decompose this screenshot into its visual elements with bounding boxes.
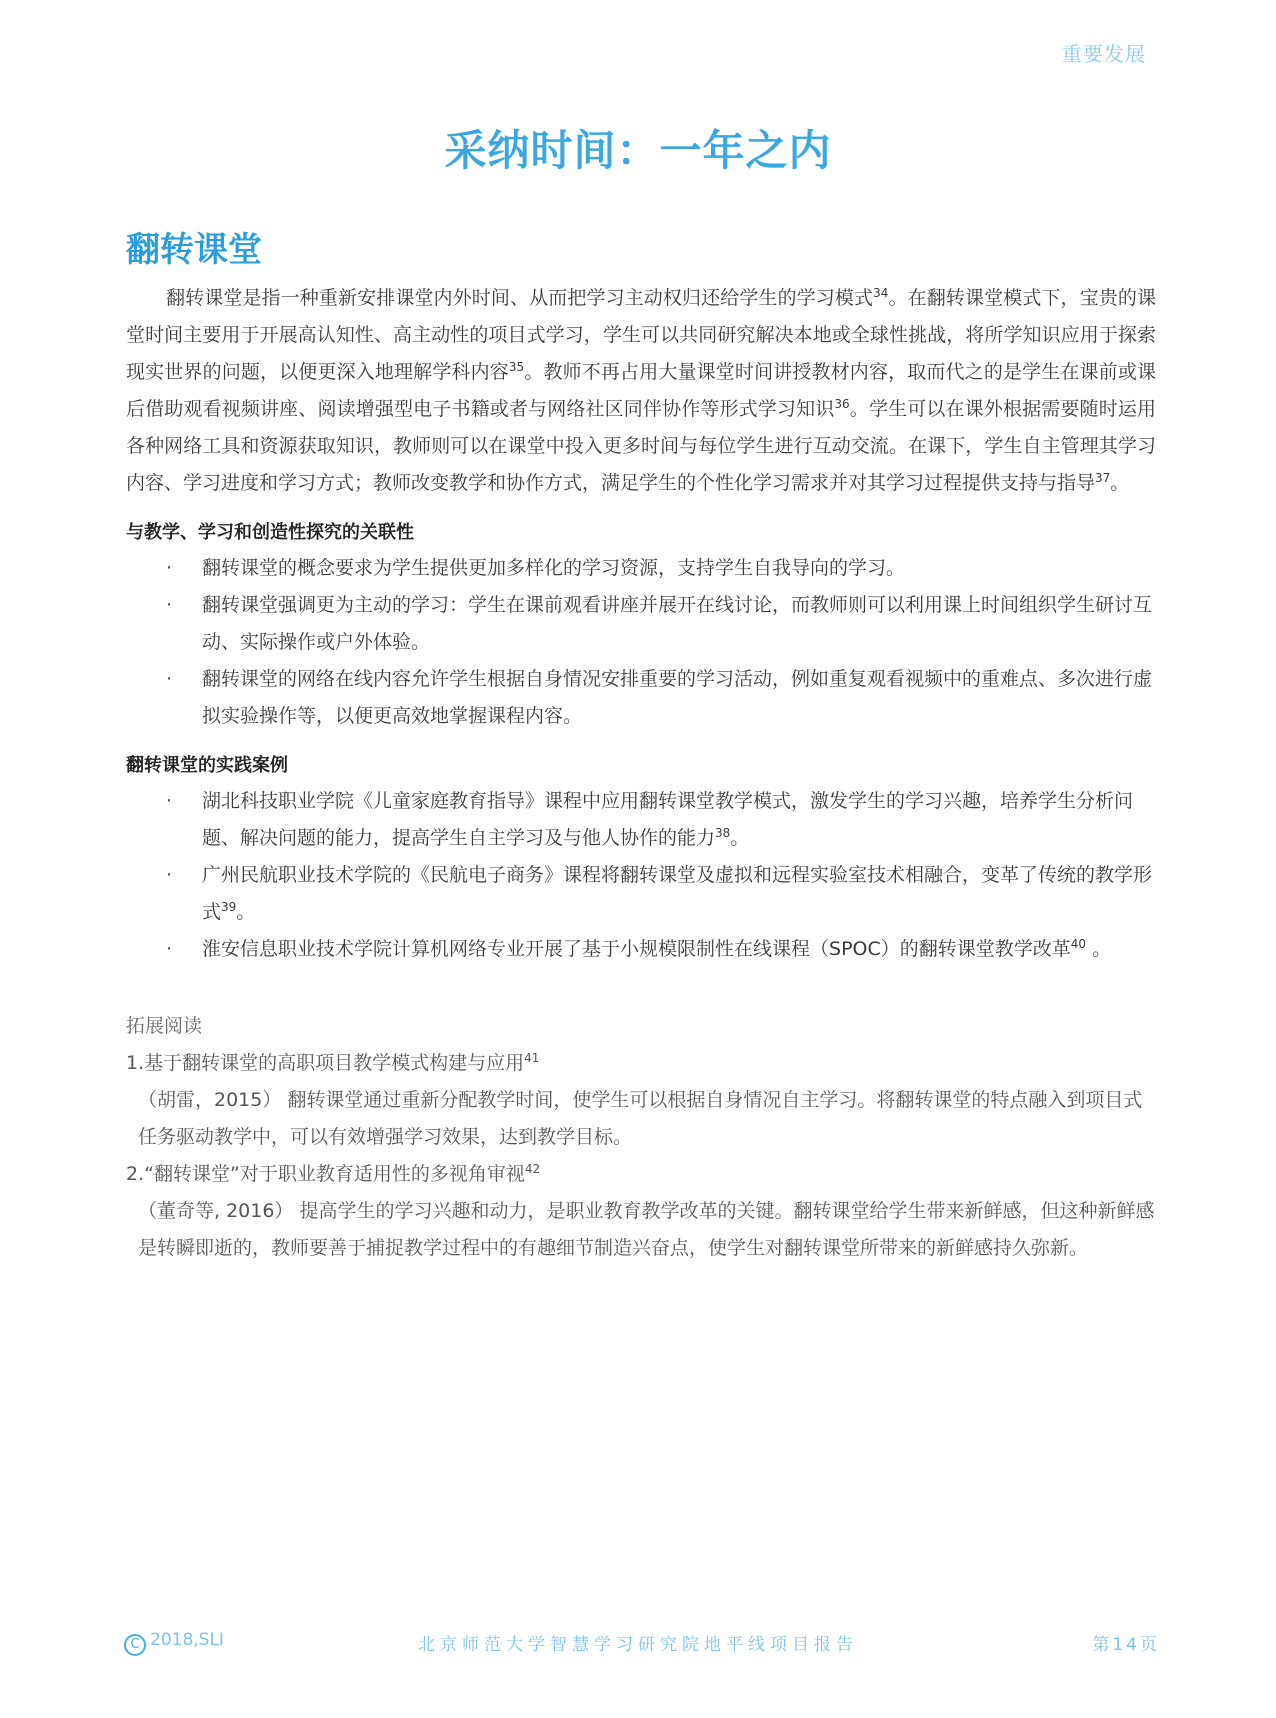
- list-item-text: 翻转课堂的网络在线内容允许学生根据自身情况安排重要的学习活动，例如重复观看视频中…: [202, 668, 1152, 727]
- cases-heading: 翻转课堂的实践案例: [126, 751, 1156, 781]
- main-content: 翻转课堂是指一种重新安排课堂内外时间、从而把学习主动权归还给学生的学习模式34。…: [126, 280, 1156, 1267]
- list-item-tail: 。: [730, 827, 749, 849]
- list-item-tail: 。: [1086, 938, 1111, 960]
- reference-summary: （胡雷，2015） 翻转课堂通过重新分配教学时间，使学生可以根据自身情况自主学习…: [126, 1082, 1156, 1156]
- intro-text: 。: [1110, 472, 1129, 494]
- relevance-heading: 与教学、学习和创造性探究的关联性: [126, 518, 1156, 548]
- page-footer: C2018,SLI 北京师范大学智慧学习研究院地平线项目报告 第14页: [0, 1630, 1276, 1660]
- bullet-icon: ·: [166, 550, 172, 587]
- list-item-text: 淮安信息职业技术学院计算机网络专业开展了基于小规模限制性在线课程（SPOC）的翻…: [202, 938, 1071, 960]
- list-item: · 广州民航职业技术学院的《民航电子商务》课程将翻转课堂及虚拟和远程实验室技术相…: [126, 857, 1156, 931]
- further-reading-label: 拓展阅读: [126, 1008, 1156, 1045]
- footnote-ref[interactable]: 42: [525, 1162, 540, 1176]
- intro-paragraph: 翻转课堂是指一种重新安排课堂内外时间、从而把学习主动权归还给学生的学习模式34。…: [126, 280, 1156, 502]
- list-item-text: 翻转课堂强调更为主动的学习：学生在课前观看讲座并展开在线讨论，而教师则可以利用课…: [202, 594, 1152, 653]
- reference-title: 2.“翻转课堂”对于职业教育适用性的多视角审视42: [126, 1156, 1156, 1193]
- bullet-icon: ·: [166, 931, 172, 968]
- footnote-ref[interactable]: 40: [1071, 937, 1086, 951]
- list-item-text: 湖北科技职业学院《儿童家庭教育指导》课程中应用翻转课堂教学模式，激发学生的学习兴…: [202, 790, 1133, 849]
- footnote-ref[interactable]: 36: [834, 397, 849, 411]
- further-reading: 拓展阅读 1.基于翻转课堂的高职项目教学模式构建与应用41 （胡雷，2015） …: [126, 1008, 1156, 1267]
- list-item-tail: 。: [236, 901, 255, 923]
- footnote-ref[interactable]: 41: [524, 1051, 539, 1065]
- footnote-ref[interactable]: 35: [509, 360, 524, 374]
- reference-summary: （董奇等, 2016） 提高学生的学习兴趣和动力，是职业教育教学改革的关键。翻转…: [126, 1193, 1156, 1267]
- bullet-icon: ·: [166, 661, 172, 698]
- cases-list: · 湖北科技职业学院《儿童家庭教育指导》课程中应用翻转课堂教学模式，激发学生的学…: [126, 783, 1156, 968]
- footnote-ref[interactable]: 34: [873, 286, 888, 300]
- header-section-tag: 重要发展: [1062, 38, 1146, 67]
- list-item: · 淮安信息职业技术学院计算机网络专业开展了基于小规模限制性在线课程（SPOC）…: [126, 931, 1156, 968]
- reference-title-text: 2.“翻转课堂”对于职业教育适用性的多视角审视: [126, 1163, 525, 1185]
- footnote-ref[interactable]: 39: [221, 900, 236, 914]
- page-title: 采纳时间：一年之内: [0, 118, 1276, 178]
- footer-organization: 北京师范大学智慧学习研究院地平线项目报告: [0, 1630, 1276, 1655]
- bullet-icon: ·: [166, 587, 172, 624]
- list-item-text: 广州民航职业技术学院的《民航电子商务》课程将翻转课堂及虚拟和远程实验室技术相融合…: [202, 864, 1152, 923]
- list-item: · 湖北科技职业学院《儿童家庭教育指导》课程中应用翻转课堂教学模式，激发学生的学…: [126, 783, 1156, 857]
- list-item: · 翻转课堂的概念要求为学生提供更加多样化的学习资源，支持学生自我导向的学习。: [126, 550, 1156, 587]
- bullet-icon: ·: [166, 783, 172, 820]
- list-item: · 翻转课堂的网络在线内容允许学生根据自身情况安排重要的学习活动，例如重复观看视…: [126, 661, 1156, 735]
- list-item-text: 翻转课堂的概念要求为学生提供更加多样化的学习资源，支持学生自我导向的学习。: [202, 557, 905, 579]
- reference-title: 1.基于翻转课堂的高职项目教学模式构建与应用41: [126, 1045, 1156, 1082]
- relevance-list: · 翻转课堂的概念要求为学生提供更加多样化的学习资源，支持学生自我导向的学习。 …: [126, 550, 1156, 735]
- intro-text: 翻转课堂是指一种重新安排课堂内外时间、从而把学习主动权归还给学生的学习模式: [166, 287, 873, 309]
- bullet-icon: ·: [166, 857, 172, 894]
- list-item: · 翻转课堂强调更为主动的学习：学生在课前观看讲座并展开在线讨论，而教师则可以利…: [126, 587, 1156, 661]
- section-title: 翻转课堂: [126, 222, 262, 271]
- page-number: 第14页: [1092, 1630, 1160, 1655]
- footnote-ref[interactable]: 37: [1095, 471, 1110, 485]
- footnote-ref[interactable]: 38: [715, 826, 730, 840]
- reference-title-text: 1.基于翻转课堂的高职项目教学模式构建与应用: [126, 1052, 524, 1074]
